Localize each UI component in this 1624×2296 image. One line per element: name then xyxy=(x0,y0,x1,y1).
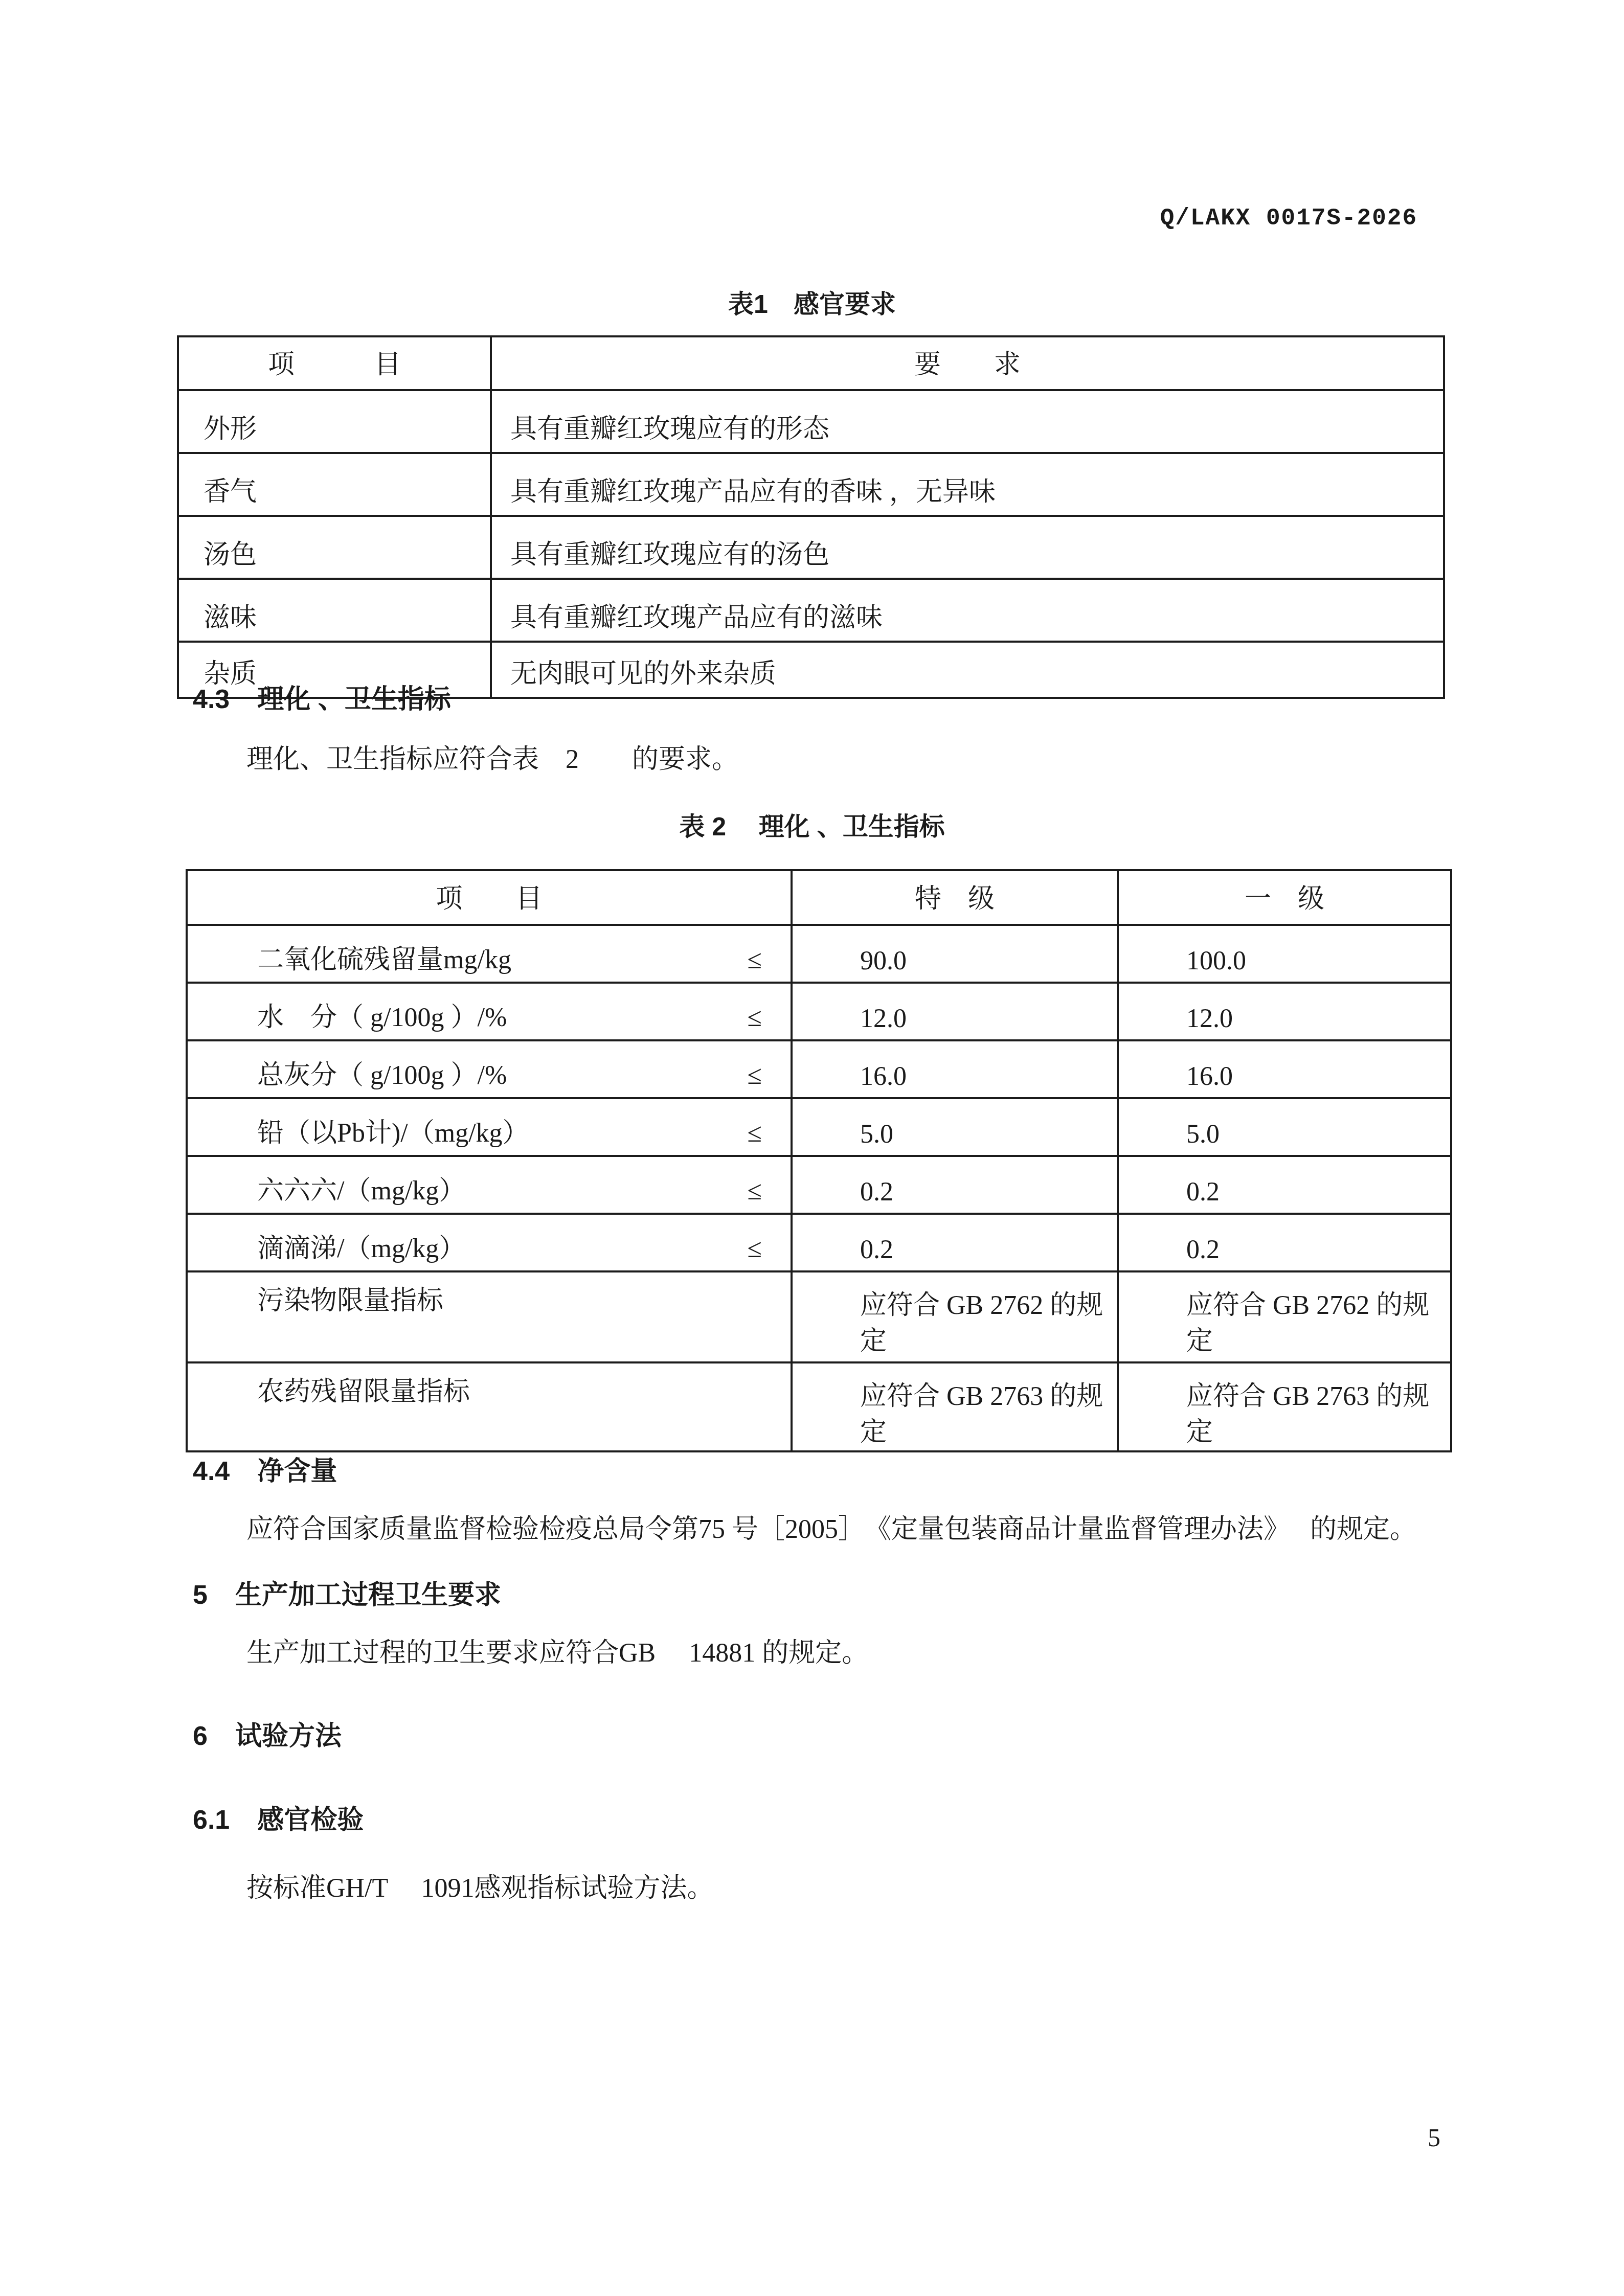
section-5-paragraph: 生产加工过程的卫生要求应符合GB 14881 的规定。 xyxy=(246,1640,868,1667)
less-equal-sign: ≤ xyxy=(747,947,762,973)
table2-value-first: 5.0 xyxy=(1118,1098,1451,1156)
table1-row: 滋味 具有重瓣红玫瑰产品应有的滋味 xyxy=(178,579,1444,642)
section-title: 感官检验 xyxy=(257,1805,364,1835)
table2-header-item: 项 目 xyxy=(187,870,792,925)
table2-value-first: 应符合 GB 2762 的规定 xyxy=(1118,1271,1451,1362)
table2-header-grade-first: 一 级 xyxy=(1118,870,1451,925)
table2-value-first: 0.2 xyxy=(1118,1156,1451,1214)
table2-row: 农药残留限量指标 应符合 GB 2763 的规定 应符合 GB 2763 的规定 xyxy=(187,1362,1451,1451)
table2-header-row: 项 目 特 级 一 级 xyxy=(187,870,1451,925)
table1-requirement: 具有重瓣红玫瑰应有的汤色 xyxy=(491,516,1444,579)
table2-row: 污染物限量指标 应符合 GB 2762 的规定 应符合 GB 2762 的规定 xyxy=(187,1271,1451,1362)
section-heading-6-1: 6.1感官检验 xyxy=(193,1807,364,1833)
table2-item-label: 六六六/（mg/kg） xyxy=(257,1178,465,1204)
table2-item-label: 农药残留限量指标 xyxy=(187,1362,792,1451)
table2-item-label: 滴滴涕/（mg/kg） xyxy=(257,1236,465,1262)
table2-item-cell: 六六六/（mg/kg）≤ xyxy=(188,1178,791,1204)
section-title: 理化 、卫生指标 xyxy=(257,685,450,714)
table2-value-first: 0.2 xyxy=(1118,1214,1451,1271)
table1-item: 香气 xyxy=(178,453,491,516)
table2-value-special: 0.2 xyxy=(792,1214,1118,1271)
table2-value-special: 应符合 GB 2763 的规定 xyxy=(792,1362,1118,1451)
section-title: 试验方法 xyxy=(235,1721,342,1751)
table2-item-cell: 二氧化硫残留量mg/kg≤ xyxy=(188,947,791,973)
table2-value-first: 100.0 xyxy=(1118,925,1451,983)
table2-item-cell: 水 分（ g/100g ）/%≤ xyxy=(188,1005,791,1031)
table2-item-label: 二氧化硫残留量mg/kg xyxy=(257,947,511,973)
section-number: 4.4 xyxy=(193,1457,230,1486)
table1-requirement: 无肉眼可见的外来杂质 xyxy=(491,642,1444,698)
physicochemical-hygiene-table: 项 目 特 级 一 级 二氧化硫残留量mg/kg≤ 90.0 100.0 水 分… xyxy=(186,869,1452,1452)
sensory-requirements-table: 项 目 要 求 外形 具有重瓣红玫瑰应有的形态 香气 具有重瓣红玫瑰产品应有的香… xyxy=(177,335,1445,699)
table2-header-grade-special: 特 级 xyxy=(792,870,1118,925)
less-equal-sign: ≤ xyxy=(747,1005,762,1031)
table1-row: 汤色 具有重瓣红玫瑰应有的汤色 xyxy=(178,516,1444,579)
section-number: 5 xyxy=(193,1580,208,1610)
table2-item-label: 水 分（ g/100g ）/% xyxy=(257,1005,507,1031)
table1-requirement: 具有重瓣红玫瑰应有的形态 xyxy=(491,390,1444,453)
table2-item-label: 铅（以Pb计)/（mg/kg） xyxy=(257,1120,529,1147)
table1-requirement: 具有重瓣红玫瑰产品应有的滋味 xyxy=(491,579,1444,642)
section-title: 净含量 xyxy=(257,1457,337,1486)
less-equal-sign: ≤ xyxy=(747,1236,762,1262)
table2-value-first: 12.0 xyxy=(1118,983,1451,1040)
table2-row: 总灰分（ g/100g ）/%≤ 16.0 16.0 xyxy=(187,1040,1451,1098)
table2-value-special: 0.2 xyxy=(792,1156,1118,1214)
section-heading-5: 5生产加工过程卫生要求 xyxy=(193,1582,501,1608)
table2-row: 二氧化硫残留量mg/kg≤ 90.0 100.0 xyxy=(187,925,1451,983)
table2-item-label: 污染物限量指标 xyxy=(187,1271,792,1362)
less-equal-sign: ≤ xyxy=(747,1178,762,1204)
section-heading-6: 6试验方法 xyxy=(193,1723,342,1749)
section-heading-4-3: 4.3理化 、卫生指标 xyxy=(193,686,451,713)
table1-item: 滋味 xyxy=(178,579,491,642)
table2-title: 表 2 理化 、卫生指标 xyxy=(0,814,1624,839)
section-title: 生产加工过程卫生要求 xyxy=(235,1580,501,1610)
table1-title: 表1 感官要求 xyxy=(0,291,1624,317)
table2-item-cell: 滴滴涕/（mg/kg）≤ xyxy=(188,1236,791,1262)
table2-item-label: 总灰分（ g/100g ）/% xyxy=(257,1062,507,1089)
section-4-4-paragraph: 应符合国家质量监督检验检疫总局令第75 号［2005］ 《定量包装商品计量监督管… xyxy=(246,1516,1416,1543)
table2-value-first: 16.0 xyxy=(1118,1040,1451,1098)
standard-document-page: Q/LAKX 0017S-2026 表1 感官要求 项 目 要 求 外形 具有重… xyxy=(0,0,1624,2296)
table2-item-cell: 铅（以Pb计)/（mg/kg）≤ xyxy=(188,1120,791,1147)
table2-value-special: 5.0 xyxy=(792,1098,1118,1156)
table2-value-special: 应符合 GB 2762 的规定 xyxy=(792,1271,1118,1362)
table1-requirement: 具有重瓣红玫瑰产品应有的香味 ，无异味 xyxy=(491,453,1444,516)
table2-value-special: 90.0 xyxy=(792,925,1118,983)
section-4-3-paragraph: 理化、卫生指标应符合表 2 的要求。 xyxy=(246,746,738,773)
table2-row: 滴滴涕/（mg/kg）≤ 0.2 0.2 xyxy=(187,1214,1451,1271)
table2-row: 水 分（ g/100g ）/%≤ 12.0 12.0 xyxy=(187,983,1451,1040)
table2-value-special: 16.0 xyxy=(792,1040,1118,1098)
document-code: Q/LAKX 0017S-2026 xyxy=(1160,207,1417,230)
table2-value-first: 应符合 GB 2763 的规定 xyxy=(1118,1362,1451,1451)
section-number: 6.1 xyxy=(193,1805,230,1835)
less-equal-sign: ≤ xyxy=(747,1062,762,1089)
table1-header-item: 项 目 xyxy=(178,336,491,390)
table2-item-cell: 总灰分（ g/100g ）/%≤ xyxy=(188,1062,791,1089)
table1-header-row: 项 目 要 求 xyxy=(178,336,1444,390)
section-number: 6 xyxy=(193,1721,208,1751)
section-6-1-paragraph: 按标准GH/T 1091感观指标试验方法。 xyxy=(246,1875,713,1902)
table1-header-requirement: 要 求 xyxy=(491,336,1444,390)
table1-item: 外形 xyxy=(178,390,491,453)
table2-row: 铅（以Pb计)/（mg/kg）≤ 5.0 5.0 xyxy=(187,1098,1451,1156)
section-number: 4.3 xyxy=(193,685,230,714)
table1-row: 外形 具有重瓣红玫瑰应有的形态 xyxy=(178,390,1444,453)
page-number: 5 xyxy=(1428,2125,1440,2150)
table2-value-special: 12.0 xyxy=(792,983,1118,1040)
section-heading-4-4: 4.4净含量 xyxy=(193,1458,337,1485)
table1-row: 香气 具有重瓣红玫瑰产品应有的香味 ，无异味 xyxy=(178,453,1444,516)
table1-item: 汤色 xyxy=(178,516,491,579)
table2-row: 六六六/（mg/kg）≤ 0.2 0.2 xyxy=(187,1156,1451,1214)
less-equal-sign: ≤ xyxy=(747,1120,762,1147)
